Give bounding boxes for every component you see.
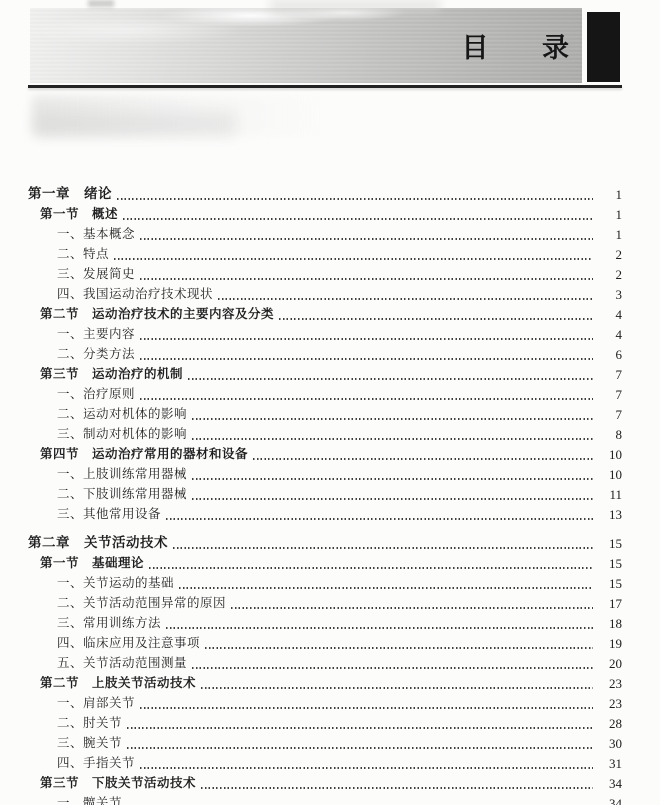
toc-entry-title: 四、临床应用及注意事项 <box>57 633 203 653</box>
toc-page-number: 4 <box>596 325 622 344</box>
toc-page-number: 19 <box>596 634 622 653</box>
toc-row: 二、运动对机体的影响 7 <box>28 404 622 424</box>
leader-dots <box>166 627 593 629</box>
leader-dots <box>253 458 593 460</box>
toc-entry-title: 第一节 基础理论 <box>40 553 147 573</box>
toc-entry-title: 一、髋关节 <box>57 793 125 805</box>
toc-page-number: 2 <box>596 245 622 264</box>
leader-dots <box>201 787 593 789</box>
toc-page-number: 7 <box>596 385 622 404</box>
leader-dots <box>179 587 593 589</box>
toc-entry-title: 三、其他常用设备 <box>57 504 164 524</box>
leader-dots <box>127 727 593 729</box>
toc-page-number: 15 <box>596 554 622 573</box>
toc-row: 二、肘关节 28 <box>28 713 622 733</box>
toc-row: 一、髋关节 34 <box>28 793 622 805</box>
toc-page-number: 34 <box>596 794 622 805</box>
toc-row: 第二节 上肢关节活动技术 23 <box>28 673 622 693</box>
leader-dots <box>140 398 593 400</box>
leader-dots <box>140 707 593 709</box>
toc-row: 第一节 概述 1 <box>28 204 622 224</box>
leader-dots <box>188 378 593 380</box>
toc-row: 一、上肢训练常用器械 10 <box>28 464 622 484</box>
toc-page-number: 3 <box>596 285 622 304</box>
toc-page-number: 10 <box>596 465 622 484</box>
toc-entry-title: 二、分类方法 <box>57 344 138 364</box>
toc-page-number: 6 <box>596 345 622 364</box>
toc-entry-title: 二、运动对机体的影响 <box>57 404 190 424</box>
leader-dots <box>114 258 593 260</box>
toc-page-number: 8 <box>596 425 622 444</box>
toc-page-number: 31 <box>596 754 622 773</box>
toc-entry-title: 一、肩部关节 <box>57 693 138 713</box>
scan-smudge <box>32 96 332 136</box>
toc-page-number: 28 <box>596 714 622 733</box>
toc-entry-title: 第四节 运动治疗常用的器材和设备 <box>40 444 251 464</box>
toc-entry-title: 第二节 运动治疗技术的主要内容及分类 <box>40 304 277 324</box>
leader-dots <box>192 498 593 500</box>
toc-page-number: 34 <box>596 774 622 793</box>
toc-entry-title: 一、上肢训练常用器械 <box>57 464 190 484</box>
toc-row: 第二章 关节活动技术 15 <box>28 533 622 553</box>
leader-dots <box>127 747 593 749</box>
leader-dots <box>140 767 593 769</box>
toc-row: 第一章 绪论 1 <box>28 184 622 204</box>
toc-page-number: 20 <box>596 654 622 673</box>
toc-row: 第一节 基础理论 15 <box>28 553 622 573</box>
toc-page-number: 10 <box>596 445 622 464</box>
header-rule <box>28 85 622 88</box>
toc-entry-title: 一、关节运动的基础 <box>57 573 177 593</box>
leader-dots <box>166 518 593 520</box>
leader-dots <box>279 318 593 320</box>
toc-entry-title: 三、常用训练方法 <box>57 613 164 633</box>
toc-page-number: 13 <box>596 505 622 524</box>
leader-dots <box>231 607 593 609</box>
toc-page-number: 7 <box>596 405 622 424</box>
toc-entry-title: 四、我国运动治疗技术现状 <box>57 284 216 304</box>
leader-dots <box>149 567 593 569</box>
leader-dots <box>218 298 593 300</box>
toc-page-number: 15 <box>596 534 622 553</box>
toc-row: 第四节 运动治疗常用的器材和设备 10 <box>28 444 622 464</box>
leader-dots <box>173 547 593 549</box>
toc-entry-title: 三、腕关节 <box>57 733 125 753</box>
toc-entry-title: 一、治疗原则 <box>57 384 138 404</box>
leader-dots <box>140 338 593 340</box>
toc-row: 四、手指关节 31 <box>28 753 622 773</box>
toc-row: 二、特点 2 <box>28 244 622 264</box>
toc-entry-title: 二、下肢训练常用器械 <box>57 484 190 504</box>
toc-page-number: 30 <box>596 734 622 753</box>
toc-row: 三、发展简史 2 <box>28 264 622 284</box>
leader-dots <box>192 478 593 480</box>
toc-row: 一、主要内容 4 <box>28 324 622 344</box>
toc-row: 三、制动对机体的影响 8 <box>28 424 622 444</box>
toc-row: 三、常用训练方法 18 <box>28 613 622 633</box>
toc-row: 五、关节活动范围测量 20 <box>28 653 622 673</box>
toc-entry-title: 第二节 上肢关节活动技术 <box>40 673 199 693</box>
toc-row: 一、基本概念 1 <box>28 224 622 244</box>
leader-dots <box>140 238 593 240</box>
toc-entry-title: 一、主要内容 <box>57 324 138 344</box>
toc-row: 一、治疗原则 7 <box>28 384 622 404</box>
toc-entry-title: 第三节 运动治疗的机制 <box>40 364 186 384</box>
toc-row: 三、其他常用设备 13 <box>28 504 622 524</box>
toc-page-number: 23 <box>596 674 622 693</box>
toc-row: 四、临床应用及注意事项 19 <box>28 633 622 653</box>
toc-entry-title: 四、手指关节 <box>57 753 138 773</box>
toc-entry-title: 第三节 下肢关节活动技术 <box>40 773 199 793</box>
toc-row: 二、分类方法 6 <box>28 344 622 364</box>
scan-smudge <box>36 112 236 136</box>
toc-row: 二、关节活动范围异常的原因 17 <box>28 593 622 613</box>
toc-row: 第三节 下肢关节活动技术 34 <box>28 773 622 793</box>
toc-entry-title: 二、特点 <box>57 244 112 264</box>
toc-row: 第二节 运动治疗技术的主要内容及分类 4 <box>28 304 622 324</box>
header-banner: 目 录 <box>30 8 582 83</box>
toc-page-number: 4 <box>596 305 622 324</box>
leader-dots <box>140 358 593 360</box>
leader-dots <box>192 418 593 420</box>
toc-entry-title: 第一章 绪论 <box>28 184 115 204</box>
toc-entry-title: 三、制动对机体的影响 <box>57 424 190 444</box>
toc-entry-title: 五、关节活动范围测量 <box>57 653 190 673</box>
toc-entry-title: 第二章 关节活动技术 <box>28 533 171 553</box>
toc-page-number: 1 <box>596 205 622 224</box>
leader-dots <box>201 687 593 689</box>
toc-page-number: 15 <box>596 574 622 593</box>
toc-entry-title: 三、发展简史 <box>57 264 138 284</box>
toc-row: 三、腕关节 30 <box>28 733 622 753</box>
toc-page-number: 23 <box>596 694 622 713</box>
toc-row: 四、我国运动治疗技术现状 3 <box>28 284 622 304</box>
toc-entry-title: 二、关节活动范围异常的原因 <box>57 593 229 613</box>
toc-list: 第一章 绪论 1 第一节 概述 1 一、基本概念 1 二、特点 2 三、发展简史… <box>28 184 622 805</box>
header-black-block <box>587 12 620 82</box>
leader-dots <box>192 667 593 669</box>
page-title: 目 录 <box>461 26 571 65</box>
toc-row: 一、肩部关节 23 <box>28 693 622 713</box>
toc-page-number: 11 <box>596 485 622 504</box>
toc-entry-title: 一、基本概念 <box>57 224 138 244</box>
toc-entry-title: 二、肘关节 <box>57 713 125 733</box>
leader-dots <box>117 198 593 200</box>
toc-row: 二、下肢训练常用器械 11 <box>28 484 622 504</box>
scanned-toc-page: { "header": { "title": "目 录" }, "colors"… <box>0 0 660 805</box>
toc-page-number: 7 <box>596 365 622 384</box>
toc-entry-title: 第一节 概述 <box>40 204 121 224</box>
leader-dots <box>140 278 593 280</box>
leader-dots <box>205 647 593 649</box>
toc-page-number: 2 <box>596 265 622 284</box>
toc-row: 第三节 运动治疗的机制 7 <box>28 364 622 384</box>
toc-page-number: 1 <box>596 185 622 204</box>
scan-smudge <box>88 0 114 7</box>
toc-page-number: 18 <box>596 614 622 633</box>
leader-dots <box>192 438 593 440</box>
toc-page-number: 17 <box>596 594 622 613</box>
toc-page-number: 1 <box>596 225 622 244</box>
toc-row: 一、关节运动的基础 15 <box>28 573 622 593</box>
leader-dots <box>123 218 593 220</box>
